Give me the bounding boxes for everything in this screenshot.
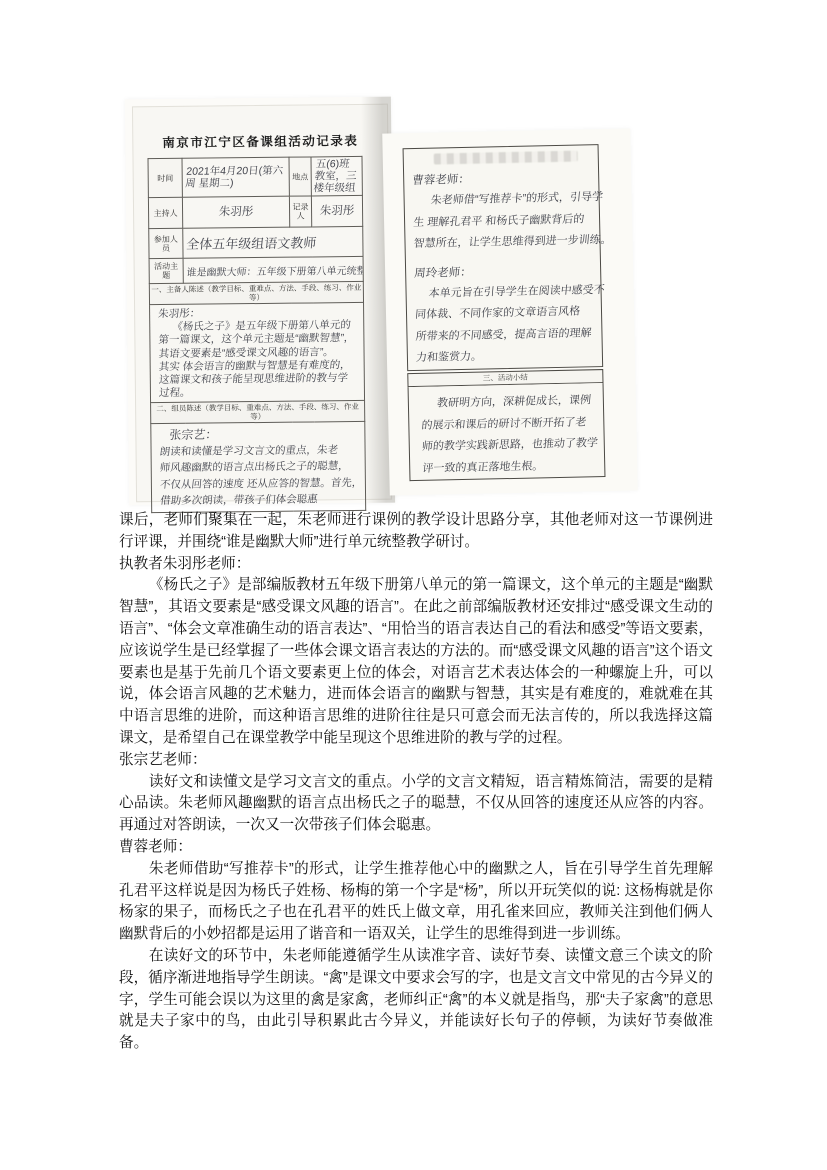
handwritten-line: 借助多次朗读，带孩子们体会聪惠	[159, 491, 360, 510]
section2-header: 二、组员陈述（教学目标、重难点、方法、手段、练习、作业等）	[151, 401, 365, 424]
handwritten-line: 评一致的真正落地生根。	[421, 455, 601, 480]
article-speaker-heading: 执教者朱羽彤老师：	[119, 554, 713, 576]
notebook-paper-left: 南京市江宁区备课组活动记录表 时间 2021年4月20日(第六周 星期二) 地点…	[132, 104, 392, 503]
host-value: 朱羽彤	[182, 196, 289, 228]
topic-value: 谁是幽默大师：五年级下册第八单元统整教学	[183, 256, 363, 283]
section1-notes: 朱羽彤： 《杨氏之子》是五年级下册第八单元的 第一篇课文，这个单元主题是“幽默智…	[150, 302, 365, 403]
time-value: 2021年4月20日(第六周 星期二)	[182, 157, 289, 197]
host-label: 主持人	[148, 197, 182, 228]
participants-label: 参加人员	[149, 228, 183, 258]
topic-label: 活动主题	[149, 258, 183, 283]
participants-value: 全体五年级组语文教师	[183, 226, 363, 258]
article-paragraph: 朱老师借助“写推荐卡”的形式，让学生推荐他心中的幽默之人，旨在引导学生首先理解孔…	[119, 859, 713, 946]
section2-notes: 张宗艺： 朗读和读懂是学习文言文的重点，朱老 师风趣幽默的语言点出杨氏之子的聪慧…	[151, 422, 366, 513]
article-text: 课后，老师们聚集在一起，朱老师进行课例的教学设计思路分享，其他老师对这一节课例进…	[119, 510, 713, 1055]
handwritten-line: 教研明方向，深耕促成长，课例	[420, 390, 600, 415]
summary-box: 教研明方向，深耕促成长，课例 的展示和课后的研讨不断开拓了老 师的教学实践新思路…	[408, 383, 606, 481]
handwritten-line: 过程。	[158, 385, 358, 400]
comments-box: 曹蓉老师： 朱老师借“写推荐卡”的形式，引导学 生 理解孔君平 和杨氏子幽默背后…	[403, 144, 604, 371]
handwritten-line: 智慧所在，让学生思维得到进一步训练。	[413, 230, 595, 255]
recorder-value: 朱羽彤	[311, 195, 362, 227]
record-form-frame-right: 曹蓉老师： 朱老师借“写推荐卡”的形式，引导学 生 理解孔君平 和杨氏子幽默背后…	[403, 144, 606, 481]
handwritten-line: 师风趣幽默的语言点出杨氏之子的聪慧，	[159, 458, 360, 477]
section1-header: 一、主备人陈述（教学目标、重难点、方法、手段、练习、作业等）	[149, 281, 363, 304]
handwritten-line: 力和鉴赏力。	[415, 344, 597, 369]
document-page: 南京市江宁区备课组活动记录表 时间 2021年4月20日(第六周 星期二) 地点…	[0, 0, 827, 1170]
handwritten-line: 师的教学实践新思路，也推动了教学	[421, 433, 601, 458]
form-title: 南京市江宁区备课组活动记录表	[133, 131, 387, 152]
article-paragraph: 课后，老师们聚集在一起，朱老师进行课例的教学设计思路分享，其他老师对这一节课例进…	[119, 510, 713, 554]
article-paragraph: 《杨氏之子》是部编版教材五年级下册第八单元的第一篇课文，这个单元的主题是“幽默智…	[119, 575, 713, 749]
recorder-label: 记录人	[289, 196, 311, 227]
article-speaker-heading: 张宗艺老师：	[119, 750, 713, 772]
bleed-through-title	[434, 151, 578, 165]
scan-photo-right: 曹蓉老师： 朱老师借“写推荐卡”的形式，引导学 生 理解孔君平 和杨氏子幽默背后…	[382, 128, 638, 495]
article-speaker-heading: 曹蓉老师：	[119, 837, 713, 859]
article-paragraph: 读好文和读懂文是学习文言文的重点。小学的文言文精短，语言精炼简洁，需要的是精心品…	[119, 772, 713, 837]
handwritten-line: 同体裁、不同作家的文章语言风格	[414, 301, 596, 326]
handwritten-line: 张宗艺：	[159, 425, 360, 444]
scan-photo-left: 南京市江宁区备课组活动记录表 时间 2021年4月20日(第六周 星期二) 地点…	[125, 97, 395, 506]
time-label: 时间	[148, 158, 182, 197]
place-value: 五(6)班教室，三楼年级组	[311, 156, 362, 196]
handwritten-line: 朱老师借“写推荐卡”的形式，引导学	[412, 187, 594, 212]
record-form-table: 时间 2021年4月20日(第六周 星期二) 地点 五(6)班教室，三楼年级组 …	[147, 156, 366, 513]
place-label: 地点	[289, 157, 311, 196]
article-paragraph: 在读好文的环节中，朱老师能遵循学生从读准字音、读好节奏、读懂文意三个读文的阶段，…	[119, 946, 713, 1055]
